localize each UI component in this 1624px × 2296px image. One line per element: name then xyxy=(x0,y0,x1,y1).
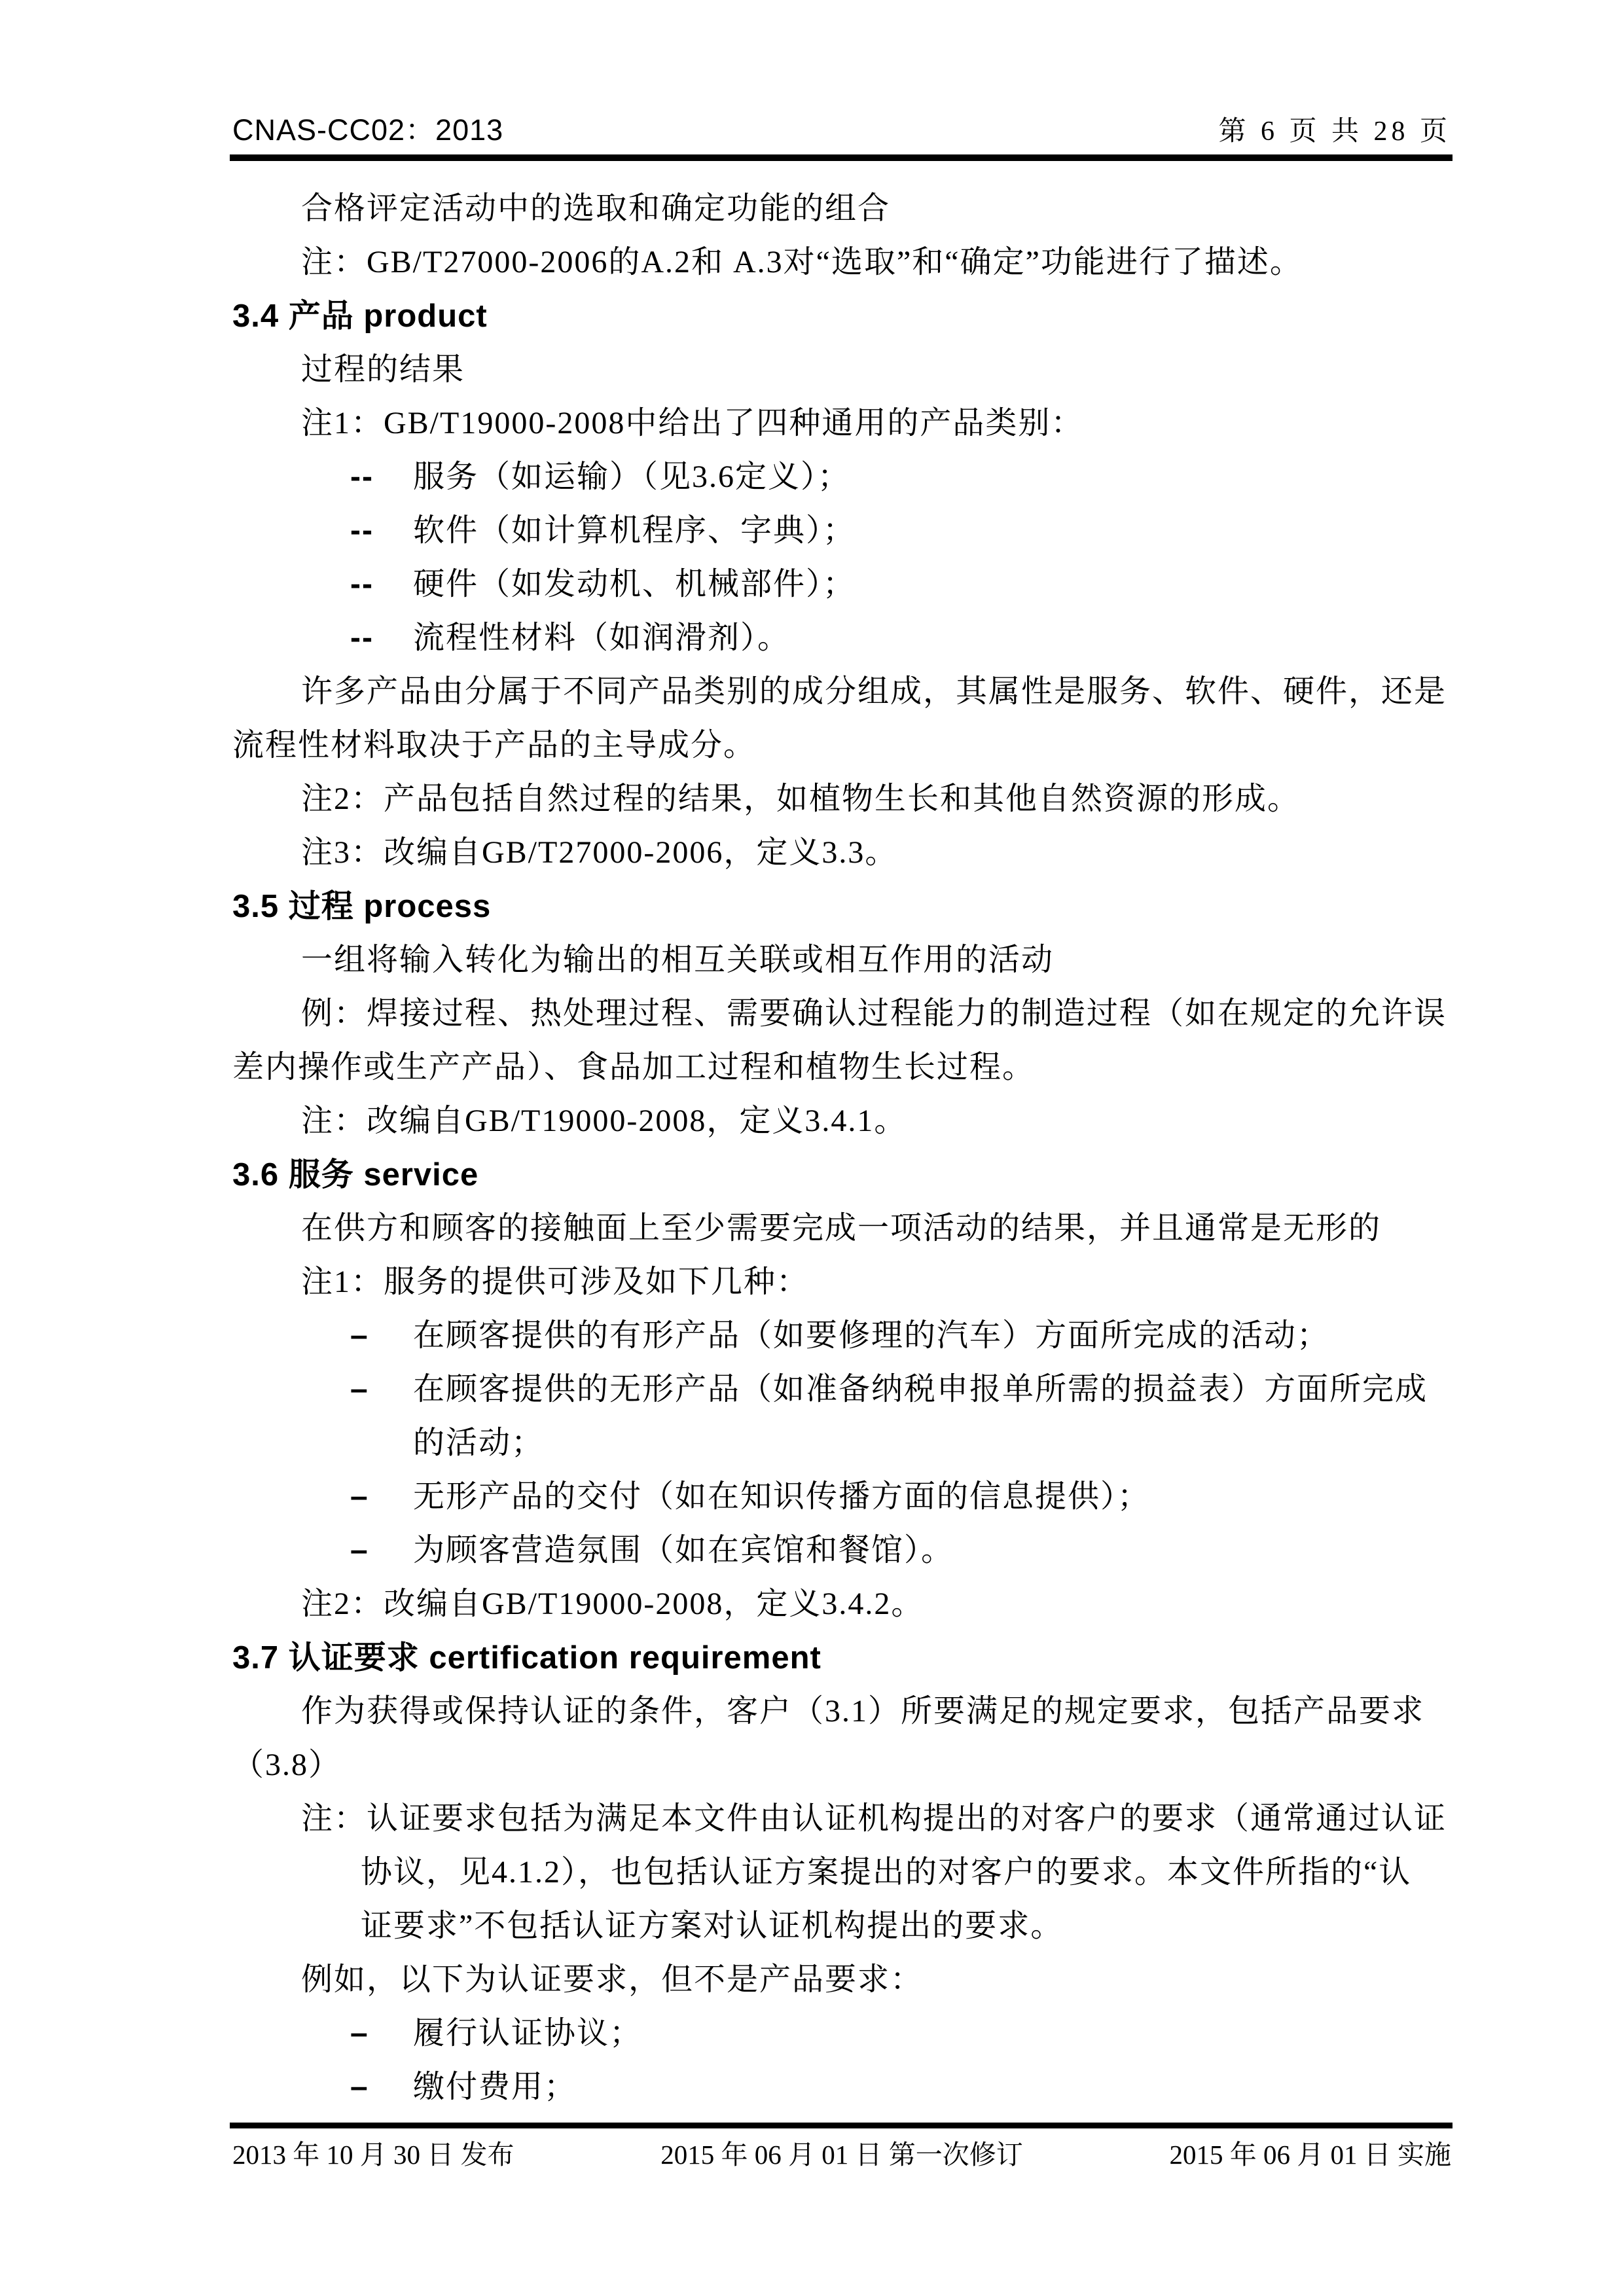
section-heading-3-4: 3.4 产品 product xyxy=(232,289,1458,343)
list-item: -- 软件（如计算机程序、字典）； xyxy=(232,504,1458,558)
note-text: 注：GB/T27000-2006的A.2和 A.3对“选取”和“确定”功能进行了… xyxy=(232,236,1458,289)
bullet-marker: -- xyxy=(350,450,374,504)
note-continuation: 协议，见4.1.2），也包括认证方案提出的对客户的要求。本文件所指的“认 xyxy=(232,1846,1458,1899)
definition-text: 一组将输入转化为输出的相互关联或相互作用的活动 xyxy=(232,933,1458,987)
footer-revised-date: 2015 年 06 月 01 日 第一次修订 xyxy=(660,2135,1023,2174)
list-item-text: 缴付费用； xyxy=(413,2070,577,2104)
list-item: – 在顾客提供的无形产品（如准备纳税申报单所需的损益表）方面所完成 xyxy=(232,1363,1458,1416)
list-item: -- 服务（如运输）（见3.6定义）； xyxy=(232,450,1458,504)
document-number: CNAS-CC02：2013 xyxy=(232,106,503,149)
list-item-text: 服务（如运输）（见3.6定义）； xyxy=(413,459,850,494)
list-item-text: 在顾客提供的有形产品（如要修理的汽车）方面所完成的活动； xyxy=(413,1318,1329,1353)
bullet-marker: -- xyxy=(350,504,374,558)
list-item: – 履行认证协议； xyxy=(232,2007,1458,2060)
list-item: – 缴付费用； xyxy=(232,2060,1458,2114)
bullet-marker: -- xyxy=(350,611,374,665)
list-item: -- 硬件（如发动机、机械部件）； xyxy=(232,558,1458,611)
footer-implemented-date: 2015 年 06 月 01 日 实施 xyxy=(1170,2135,1452,2174)
list-item: – 在顾客提供的有形产品（如要修理的汽车）方面所完成的活动； xyxy=(232,1309,1458,1363)
definition-text: 在供方和顾客的接触面上至少需要完成一项活动的结果，并且通常是无形的 xyxy=(232,1202,1458,1255)
bullet-marker: -- xyxy=(350,558,374,611)
note-text: 注2：产品包括自然过程的结果，如植物生长和其他自然资源的形成。 xyxy=(232,772,1458,826)
bullet-marker: – xyxy=(350,1470,369,1524)
paragraph-text: 流程性材料取决于产品的主导成分。 xyxy=(232,719,1458,772)
definition-text: 作为获得或保持认证的条件，客户（3.1）所要满足的规定要求，包括产品要求 xyxy=(232,1685,1458,1738)
list-item-text: 硬件（如发动机、机械部件）； xyxy=(413,567,856,601)
list-item: – 无形产品的交付（如在知识传播方面的信息提供）； xyxy=(232,1470,1458,1524)
document-page: CNAS-CC02：2013 第 6 页 共 28 页 合格评定活动中的选取和确… xyxy=(0,0,1624,2296)
bullet-marker: – xyxy=(350,1309,369,1363)
section-heading-3-5: 3.5 过程 process xyxy=(232,880,1458,933)
list-item-text: 无形产品的交付（如在知识传播方面的信息提供）； xyxy=(413,1479,1150,1514)
example-text: 例如，以下为认证要求，但不是产品要求： xyxy=(232,1953,1458,2007)
bullet-marker: – xyxy=(350,2007,369,2060)
list-item: -- 流程性材料（如润滑剂）。 xyxy=(232,611,1458,665)
note-text: 注2：改编自GB/T19000-2008，定义3.4.2。 xyxy=(232,1577,1458,1631)
bullet-marker: – xyxy=(350,2060,369,2114)
list-item: – 为顾客营造氛围（如在宾馆和餐馆）。 xyxy=(232,1524,1458,1577)
definition-text: 合格评定活动中的选取和确定功能的组合 xyxy=(232,182,1458,236)
bullet-marker: – xyxy=(350,1524,369,1577)
page-footer: 2013 年 10 月 30 日 发布 2015 年 06 月 01 日 第一次… xyxy=(232,2135,1451,2174)
page-number-info: 第 6 页 共 28 页 xyxy=(1218,109,1451,149)
footer-divider xyxy=(230,2123,1453,2128)
list-item-text: 为顾客营造氛围（如在宾馆和餐馆）。 xyxy=(413,1533,954,1568)
list-item-continuation: 的活动； xyxy=(232,1416,1458,1470)
note-text: 注3：改编自GB/T27000-2006，定义3.3。 xyxy=(232,826,1458,880)
list-item-text: 软件（如计算机程序、字典）； xyxy=(413,513,856,548)
paragraph-text: 许多产品由分属于不同产品类别的成分组成，其属性是服务、软件、硬件，还是 xyxy=(232,665,1458,719)
footer-published-date: 2013 年 10 月 30 日 发布 xyxy=(232,2135,514,2174)
definition-text: （3.8） xyxy=(232,1738,1458,1792)
section-heading-3-7: 3.7 认证要求 certification requirement xyxy=(232,1631,1458,1685)
definition-text: 过程的结果 xyxy=(232,343,1458,397)
note-text: 注：改编自GB/T19000-2008，定义3.4.1。 xyxy=(232,1094,1458,1148)
document-body: 合格评定活动中的选取和确定功能的组合 注：GB/T27000-2006的A.2和… xyxy=(232,182,1458,2114)
example-text: 差内操作或生产产品）、食品加工过程和植物生长过程。 xyxy=(232,1041,1458,1094)
page-header: CNAS-CC02：2013 第 6 页 共 28 页 xyxy=(232,106,1451,149)
header-divider xyxy=(230,154,1453,161)
note-text: 注1：GB/T19000-2008中给出了四种通用的产品类别： xyxy=(232,397,1458,450)
list-item-text: 在顾客提供的无形产品（如准备纳税申报单所需的损益表）方面所完成 xyxy=(413,1372,1428,1407)
note-text: 注1：服务的提供可涉及如下几种： xyxy=(232,1255,1458,1309)
example-text: 例：焊接过程、热处理过程、需要确认过程能力的制造过程（如在规定的允许误 xyxy=(232,987,1458,1041)
note-continuation: 证要求”不包括认证方案对认证机构提出的要求。 xyxy=(232,1899,1458,1953)
list-item-text: 流程性材料（如润滑剂）。 xyxy=(413,620,790,655)
list-item-text: 履行认证协议； xyxy=(413,2016,642,2051)
note-text: 注：认证要求包括为满足本文件由认证机构提出的对客户的要求（通常通过认证 xyxy=(232,1792,1458,1846)
section-heading-3-6: 3.6 服务 service xyxy=(232,1148,1458,1202)
bullet-marker: – xyxy=(350,1363,369,1416)
